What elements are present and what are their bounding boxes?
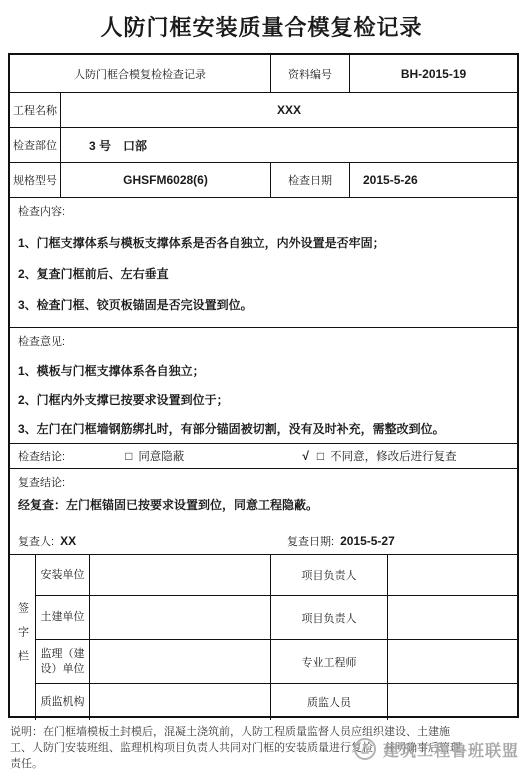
role-signature-field[interactable] bbox=[387, 555, 517, 595]
review-date-value: 2015-5-27 bbox=[340, 534, 395, 548]
location-label: 检查部位 bbox=[13, 137, 57, 153]
inspection-opinion-item: 1、模板与门框支撑体系各自独立； bbox=[18, 364, 509, 378]
location-value: 3 号 口部 bbox=[89, 137, 147, 154]
reviewer-value: XX bbox=[60, 534, 76, 548]
unit-label: 土建单位 bbox=[36, 596, 89, 639]
unit-label: 监理（建设）单位 bbox=[36, 640, 89, 683]
unit-signature-field[interactable] bbox=[89, 555, 270, 595]
page-title: 人防门框安装质量合模复检记录 bbox=[0, 11, 523, 42]
signature-row-install: 安装单位 项目负责人 bbox=[36, 555, 517, 595]
form-subtitle: 人防门框合模复检检查记录 bbox=[74, 66, 206, 82]
check-mark: √ bbox=[302, 449, 309, 463]
doc-no-label: 资料编号 bbox=[288, 66, 332, 82]
header-row: 人防门框合模复检检查记录 资料编号 BH-2015-19 bbox=[10, 55, 517, 92]
spec-label: 规格型号 bbox=[13, 172, 57, 188]
review-date-label: 复查日期: bbox=[287, 533, 334, 549]
spec-value: GHSFM6028(6) bbox=[123, 173, 208, 187]
unit-label: 质监机构 bbox=[36, 684, 89, 720]
project-label: 工程名称 bbox=[13, 102, 57, 118]
conclusion-option-agree: □ 同意隐蔽 bbox=[125, 448, 184, 464]
inspect-date-label: 检查日期 bbox=[288, 172, 332, 188]
signature-row-civil: 土建单位 项目负责人 bbox=[36, 595, 517, 639]
review-section: 复查结论: 经复查：左门框锚固已按要求设置到位，同意工程隐蔽。 复查人: XX … bbox=[10, 468, 517, 554]
role-signature-field[interactable] bbox=[387, 684, 517, 720]
project-row: 工程名称 XXX bbox=[10, 92, 517, 127]
inspection-opinion-item: 3、左门在门框墙钢筋绑扎时，有部分锚固被切割，没有及时补充，需整改到位。 bbox=[18, 422, 509, 436]
role-signature-field[interactable] bbox=[387, 596, 517, 639]
inspection-content-item: 2、复查门框前后、左右垂直 bbox=[18, 267, 509, 281]
review-label: 复查结论: bbox=[18, 474, 509, 490]
spec-row: 规格型号 GHSFM6028(6) 检查日期 2015-5-26 bbox=[10, 162, 517, 197]
inspection-content-item: 1、门框支撑体系与模板支撑体系是否各自独立，内外设置是否牢固； bbox=[18, 236, 509, 250]
inspection-opinion-label: 检查意见: bbox=[18, 333, 509, 349]
conclusion-label: 检查结论: bbox=[18, 448, 65, 464]
role-label: 专业工程师 bbox=[270, 640, 387, 683]
role-label: 项目负责人 bbox=[270, 555, 387, 595]
unit-signature-field[interactable] bbox=[89, 596, 270, 639]
role-label: 质监人员 bbox=[270, 684, 387, 720]
watermark: 建筑工程鲁班联盟 bbox=[353, 737, 519, 761]
review-result: 经复查：左门框锚固已按要求设置到位，同意工程隐蔽。 bbox=[18, 498, 509, 512]
role-signature-field[interactable] bbox=[387, 640, 517, 683]
project-value: XXX bbox=[277, 103, 301, 117]
doc-no-value: BH-2015-19 bbox=[401, 67, 466, 81]
inspection-opinion-item: 2、门框内外支撑已按要求设置到位于； bbox=[18, 393, 509, 407]
form-table: 人防门框合模复检检查记录 资料编号 BH-2015-19 工程名称 XXX 检查… bbox=[8, 53, 519, 718]
signature-section: 签字栏 安装单位 项目负责人 土建单位 项目负责人 监理（建设）单位 专业工程师 bbox=[10, 554, 517, 720]
role-label: 项目负责人 bbox=[270, 596, 387, 639]
inspection-content-item: 3、检查门框、铰页板锚固是否完设置到位。 bbox=[18, 298, 509, 312]
signature-column-title: 签字栏 bbox=[10, 555, 35, 720]
location-row: 检查部位 3 号 口部 bbox=[10, 127, 517, 162]
disagree-label: 不同意，修改后进行复查 bbox=[330, 448, 457, 464]
form-page: { "page_title": "人防门框安装质量合模复检记录", "heade… bbox=[0, 0, 523, 783]
agree-checkbox[interactable]: □ bbox=[125, 449, 132, 463]
inspection-content-section: 检查内容: 1、门框支撑体系与模板支撑体系是否各自独立，内外设置是否牢固； 2、… bbox=[10, 197, 517, 327]
agree-label: 同意隐蔽 bbox=[138, 448, 184, 464]
luban-logo-icon bbox=[353, 737, 377, 761]
conclusion-option-disagree: √ □ 不同意，修改后进行复查 bbox=[302, 448, 456, 464]
signature-row-supervision: 监理（建设）单位 专业工程师 bbox=[36, 639, 517, 683]
signature-row-quality: 质监机构 质监人员 bbox=[36, 683, 517, 720]
unit-signature-field[interactable] bbox=[89, 640, 270, 683]
watermark-text: 建筑工程鲁班联盟 bbox=[383, 738, 519, 761]
reviewer-label: 复查人: bbox=[18, 533, 54, 549]
inspect-date-value: 2015-5-26 bbox=[363, 173, 418, 187]
inspection-content-label: 检查内容: bbox=[18, 203, 509, 219]
unit-signature-field[interactable] bbox=[89, 684, 270, 720]
unit-label: 安装单位 bbox=[36, 555, 89, 595]
conclusion-row: 检查结论: □ 同意隐蔽 √ □ 不同意，修改后进行复查 bbox=[10, 443, 517, 468]
disagree-checkbox[interactable]: □ bbox=[317, 449, 324, 463]
inspection-opinion-section: 检查意见: 1、模板与门框支撑体系各自独立； 2、门框内外支撑已按要求设置到位于… bbox=[10, 327, 517, 443]
